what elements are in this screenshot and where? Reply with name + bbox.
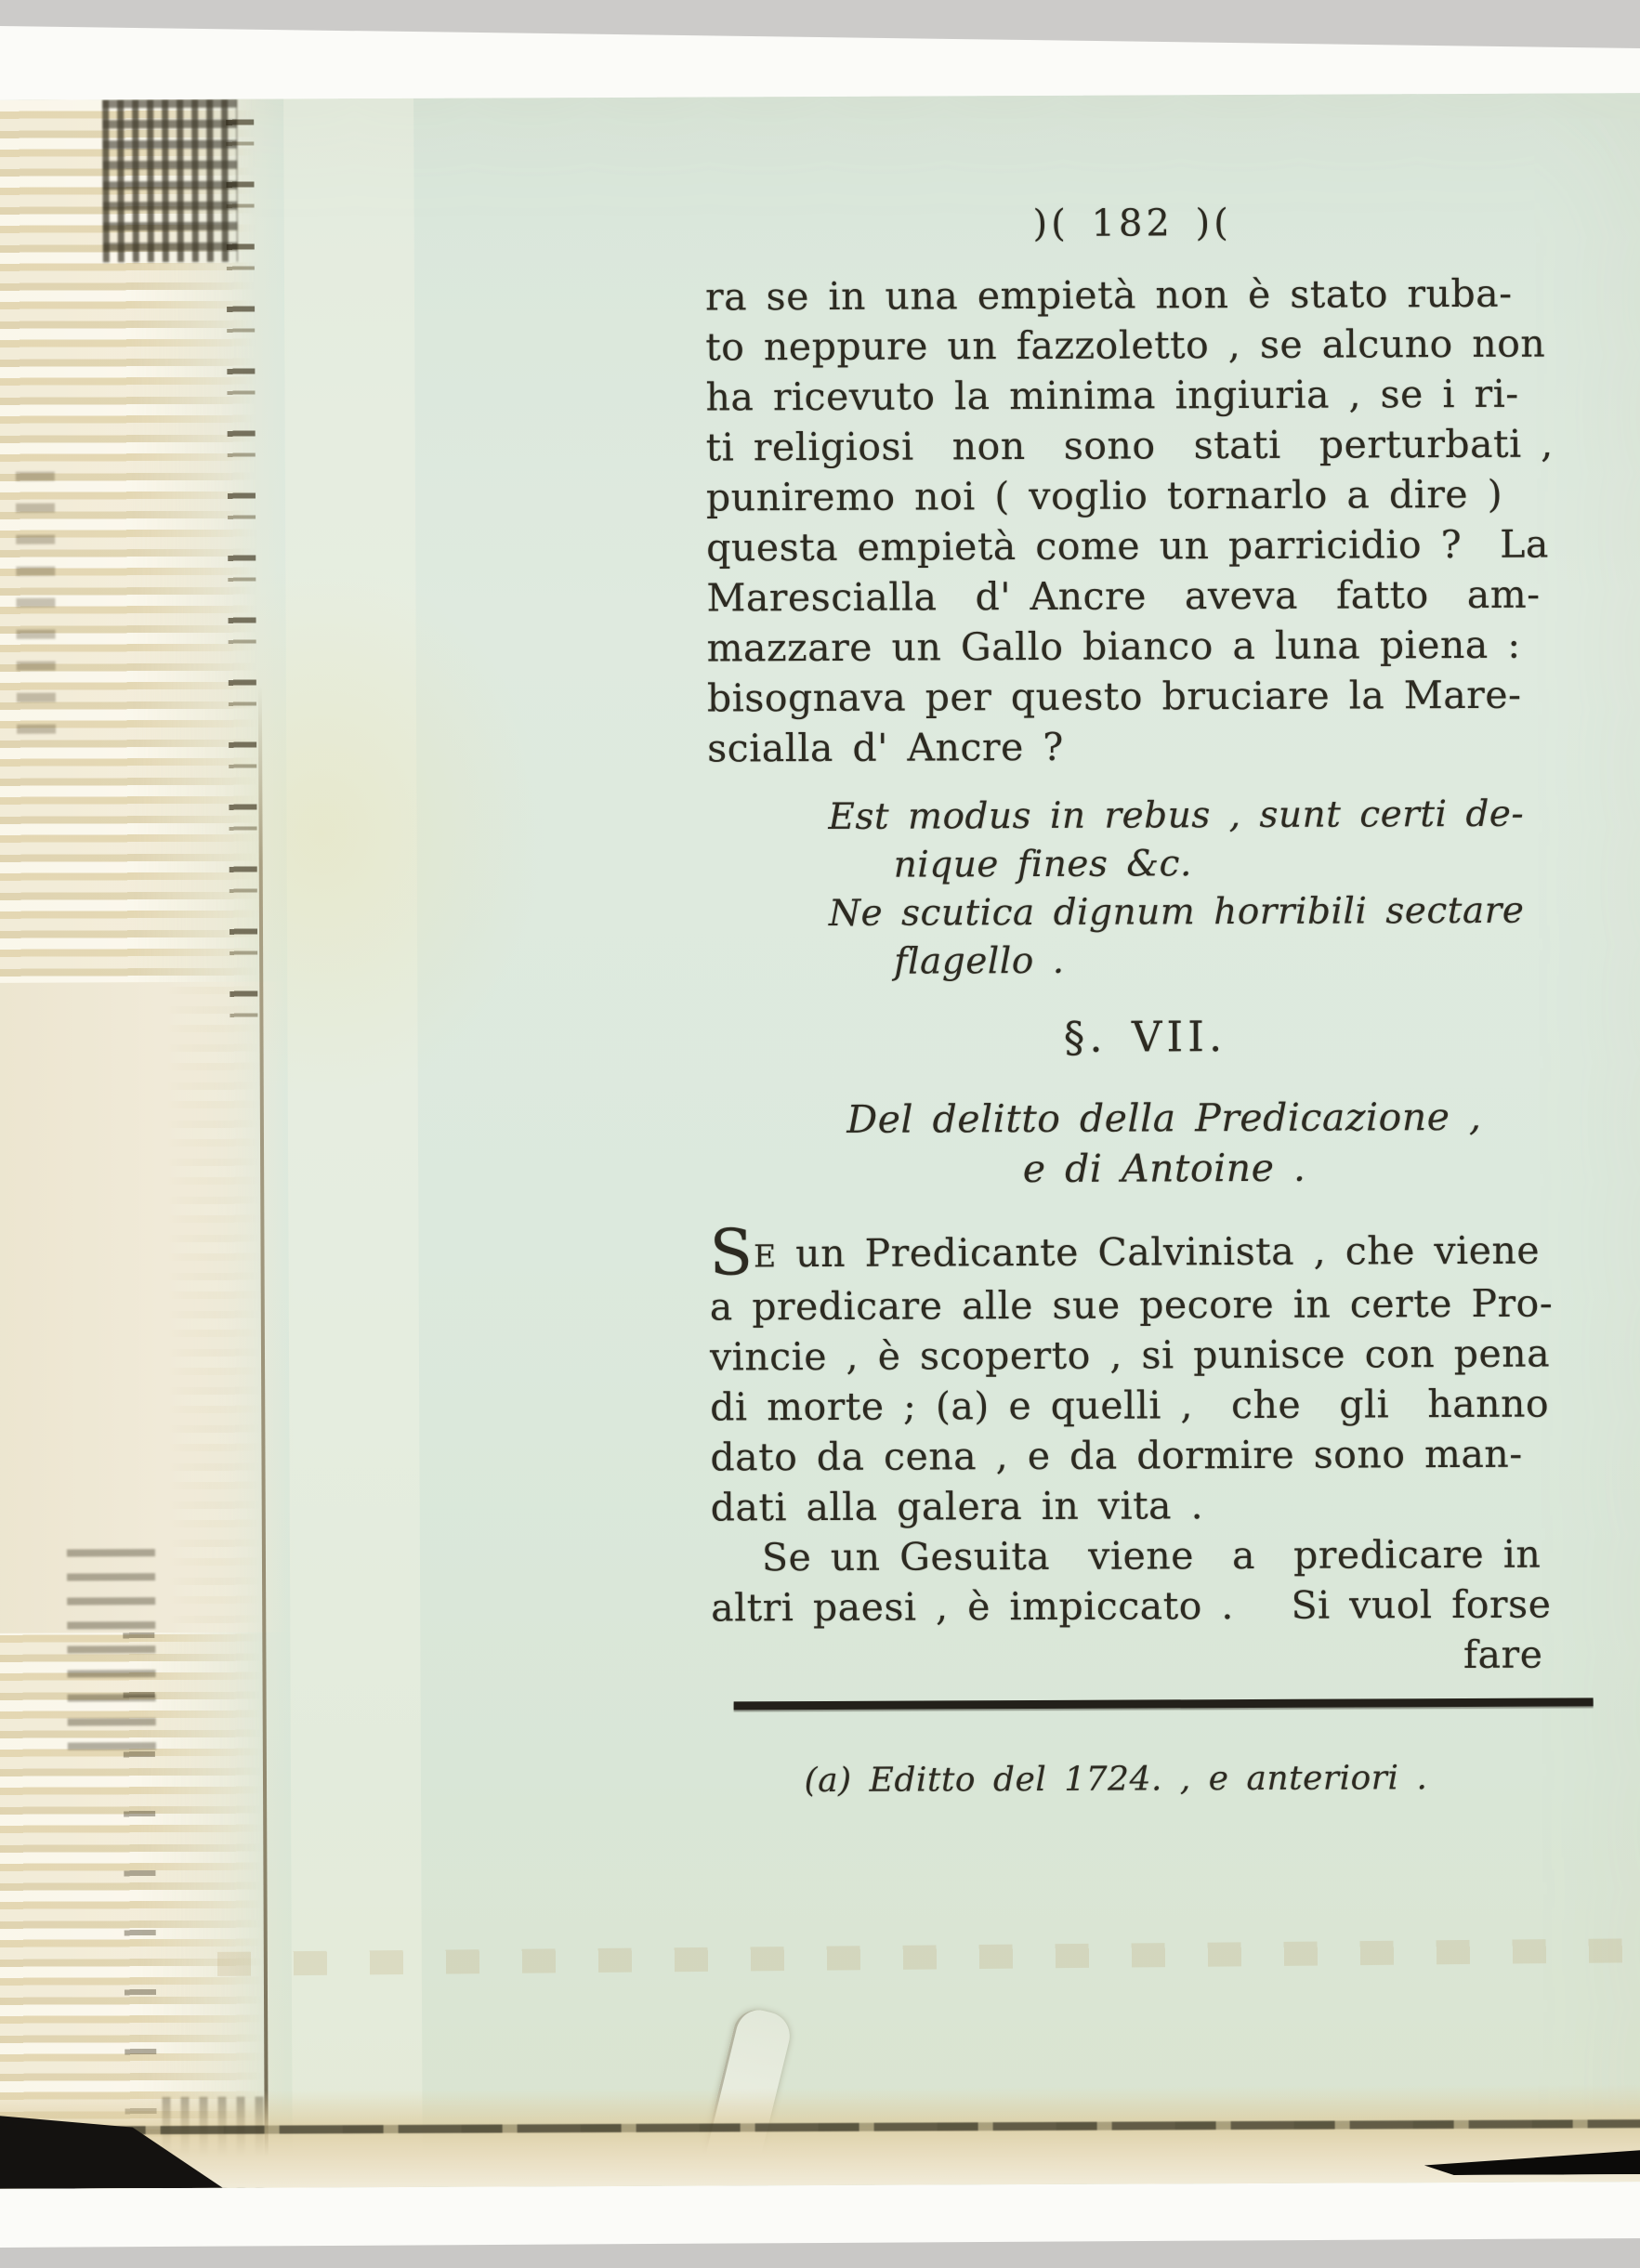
section-header: §. VII. [708,1007,1619,1067]
text-line: Marescialla d' Ancre aveva fatto am- [706,569,1617,623]
subtitle-line: e di Antoine . [709,1141,1620,1195]
scanner-bed-bottom [0,2235,1640,2268]
quote-line: nique fines &c. [894,838,1619,889]
text-line: bisognava per questo bruciare la Mare- [707,669,1618,723]
quote-line: Ne scutica dignum horribili sectare [829,886,1619,938]
scanner-bed-top [0,0,1640,65]
footnote-rule [734,1698,1594,1710]
text-line: dati alla galera in vita . [711,1478,1621,1532]
text-line: questa empietà come un parricidio ? La [706,518,1617,572]
text-line: mazzare un Gallo bianco a luna piena : [707,619,1618,673]
text-line: altri paesi , è impiccato . Si vuol fors… [711,1579,1621,1632]
text-line: ha ricevuto la minima ingiuria , se i ri… [705,368,1616,422]
text-line: ti religiosi non sono stati perturbati , [706,418,1617,472]
footnote-text: (a) Editto del 1724. , e anteriori . [712,1754,1622,1804]
text-line-dropcap: SE un Predicante Calvinista , che viene [709,1225,1620,1281]
dropcap-letter: S [709,1216,754,1290]
page-number: )( 182 )( [705,197,1616,249]
catchword: fare [711,1629,1621,1683]
subtitle-line: Del delitto della Predicazione , [709,1091,1620,1145]
book-page: )( 182 )( ra se in una empietà non è sta… [0,93,1640,2189]
spine-dark-mark-top [102,99,238,263]
paragraph-marescialla: ra se in una empietà non è stato ruba- t… [705,268,1618,773]
text-column: )( 182 )( ra se in una empietà non è sta… [705,197,1623,1804]
text-line: a predicare alle sue pecore in certe Pro… [710,1278,1620,1331]
spine-blotch [67,1549,156,1763]
text-line: Se un Gesuita viene a predicare in [711,1528,1621,1582]
page-bottom-curl [0,2084,1640,2189]
text-line: to neppure un fazzoletto , se alcuno non [705,318,1616,372]
paper-aging-band [283,98,423,2188]
smallcap-letter: E [754,1238,777,1274]
paragraph-predicante: SE un Predicante Calvinista , che viene … [709,1225,1620,1532]
text-line: puniremo noi ( voglio tornarlo a dire ) [706,468,1617,522]
text-line: scialla d' Ancre ? [707,719,1618,773]
bottom-edge-dark-streak [0,2119,1640,2135]
quote-line: Est modus in rebus , sunt certi de- [828,790,1618,842]
horizontal-stain-line [217,1938,1640,1976]
spine-smooth-area [0,981,290,1632]
text-line: ra se in una empietà non è stato ruba- [705,268,1616,321]
scanned-book-page: )( 182 )( ra se in una empietà non è sta… [0,0,1640,2268]
text-line: di morte ; (a) e quelli , che gli hanno [710,1378,1620,1432]
quote-line: flagello . [894,935,1619,986]
text-line: vincie , è scoperto , si punisce con pen… [710,1328,1620,1382]
section-subtitle: Del delitto della Predicazione , e di An… [709,1091,1620,1195]
paragraph-gesuita: Se un Gesuita viene a predicare in altri… [711,1528,1621,1632]
latin-quotation: Est modus in rebus , sunt certi de- niqu… [828,790,1619,987]
spine-blotch [16,472,56,751]
bottom-right-shadow [1424,2148,1640,2175]
text-line: dato da cena , e da dormire sono man- [710,1428,1620,1482]
first-line-text: un Predicante Calvinista , che viene [777,1228,1541,1277]
